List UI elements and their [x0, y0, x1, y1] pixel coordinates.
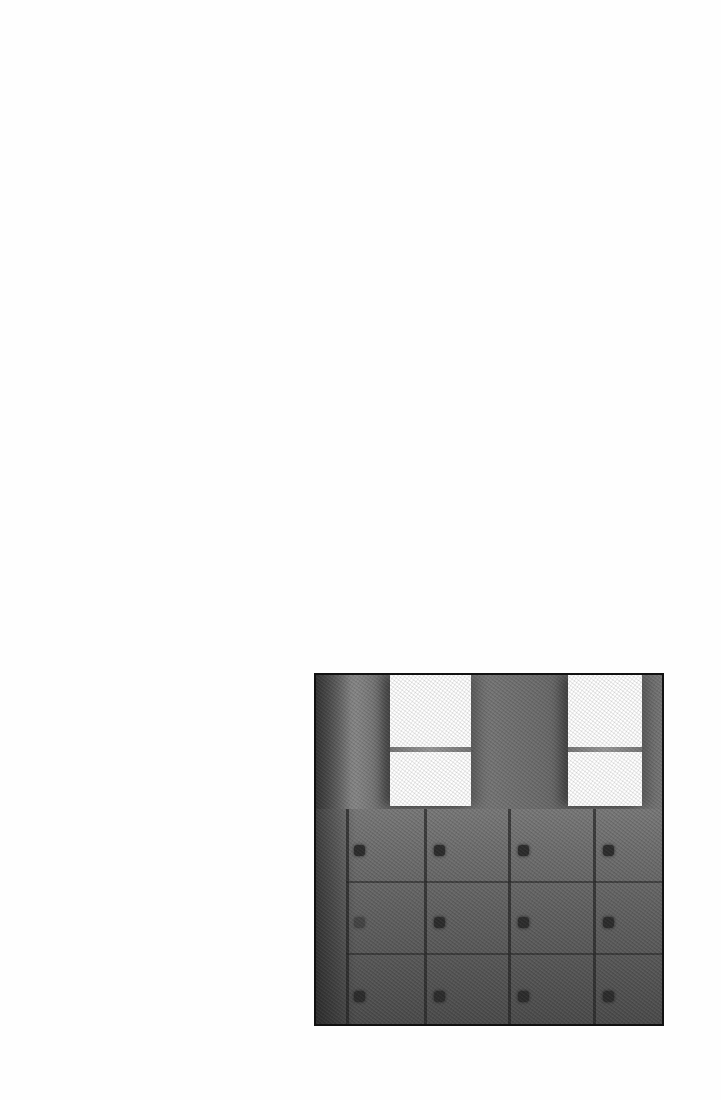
locker-handle — [603, 845, 614, 856]
locker-handle — [434, 917, 445, 928]
locker-handle — [603, 917, 614, 928]
locker-bank — [316, 809, 662, 1026]
locker-divider — [508, 809, 511, 1026]
window-crossbar — [568, 747, 642, 752]
locker-divider — [424, 809, 427, 1026]
locker-handle — [434, 991, 445, 1002]
comic-panel — [314, 673, 664, 1026]
locker-handle — [603, 991, 614, 1002]
panel-shadow — [316, 675, 356, 1024]
window-right — [568, 675, 642, 806]
locker-handle — [518, 991, 529, 1002]
window-left — [390, 675, 471, 806]
locker-row-divider — [346, 953, 662, 955]
locker-handle — [434, 845, 445, 856]
locker-row-divider — [346, 881, 662, 883]
locker-handle — [518, 845, 529, 856]
window-crossbar — [390, 747, 471, 752]
locker-divider — [593, 809, 596, 1026]
locker-handle — [518, 917, 529, 928]
